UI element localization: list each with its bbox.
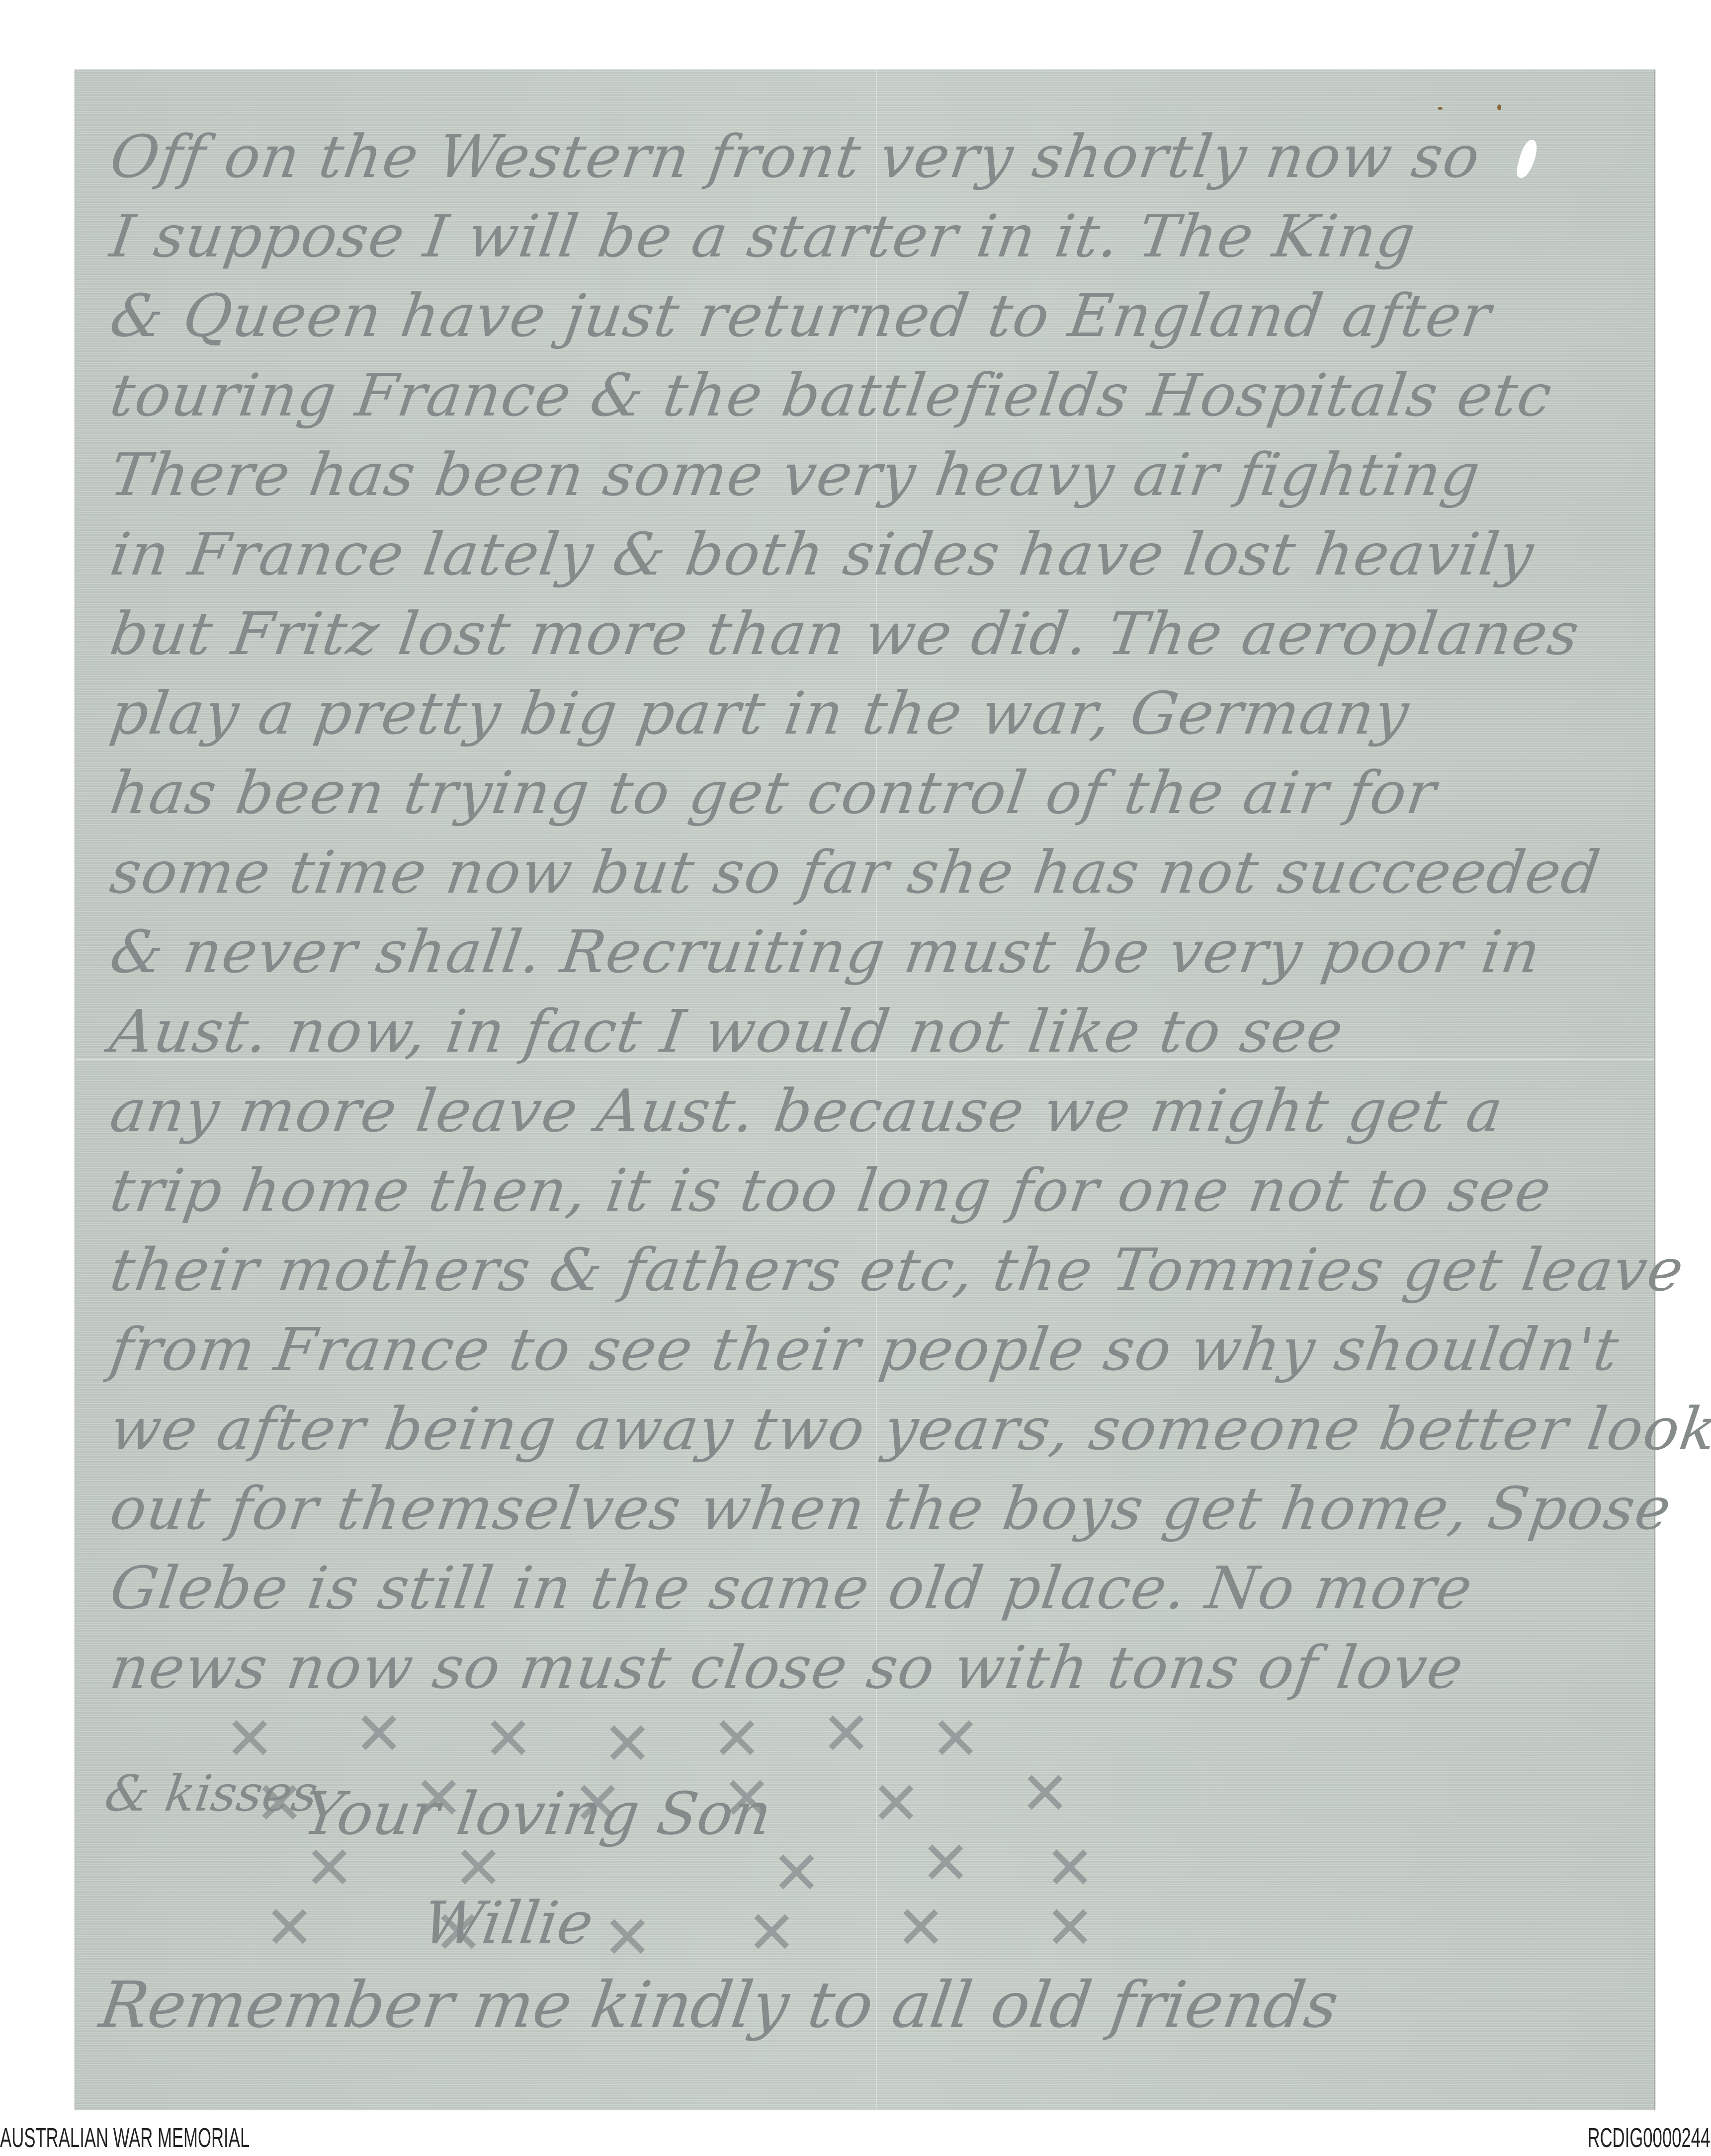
letter-line: out for themselves when the boys get hom… — [105, 1469, 1647, 1548]
letter-line: play a pretty big part in the war, Germa… — [105, 673, 1647, 753]
signoff: Your loving Son — [299, 1779, 775, 1848]
letter-line: & never shall. Recruiting must be very p… — [105, 912, 1647, 992]
letter-line: Aust. now, in fact I would not like to s… — [105, 992, 1647, 1071]
institution-label: AUSTRALIAN WAR MEMORIAL — [0, 2121, 250, 2154]
letter-line: Off on the Western front very shortly no… — [105, 117, 1647, 196]
letter-closing: ✕ ✕ ✕ ✕ ✕ ✕ ✕ ✕ ✕ ✕ ✕ ✕ ✕ ✕ ✕ ✕ ✕ ✕ ✕ ✕ … — [105, 1725, 1636, 2073]
footer: AUSTRALIAN WAR MEMORIAL RCDIG0000244 — [0, 2118, 1711, 2156]
letter-body: Off on the Western front very shortly no… — [105, 117, 1636, 1707]
letter-line: some time now but so far she has not suc… — [105, 832, 1647, 912]
letter-line: but Fritz lost more than we did. The aer… — [105, 594, 1647, 673]
letter-page: Off on the Western front very shortly no… — [75, 70, 1655, 2110]
letter-line: in France lately & both sides have lost … — [105, 514, 1647, 594]
letter-line: news now so must close so with tons of l… — [105, 1628, 1647, 1707]
letter-line: Glebe is still in the same old place. No… — [105, 1548, 1647, 1628]
letter-line: touring France & the battlefields Hospit… — [105, 355, 1647, 435]
postscript: Remember me kindly to all old friends — [95, 1968, 1343, 2042]
letter-line: their mothers & fathers etc, the Tommies… — [105, 1230, 1647, 1310]
letter-line: & Queen have just returned to England af… — [105, 276, 1647, 355]
letter-line: from France to see their people so why s… — [105, 1310, 1647, 1389]
letter-line: trip home then, it is too long for one n… — [105, 1151, 1647, 1230]
letter-line: any more leave Aust. because we might ge… — [105, 1071, 1647, 1151]
rust-spot — [1438, 107, 1443, 110]
kiss-marks: ✕ ✕ ✕ ✕ ✕ ✕ ✕ ✕ ✕ ✕ ✕ ✕ ✕ ✕ ✕ ✕ ✕ ✕ ✕ ✕ … — [225, 1710, 1129, 1988]
rust-spot — [1497, 104, 1501, 110]
kisses-label: & kisses — [101, 1764, 322, 1823]
letter-line: has been trying to get control of the ai… — [105, 753, 1647, 832]
letter-line: I suppose I will be a starter in it. The… — [105, 196, 1647, 276]
letter-line: There has been some very heavy air fight… — [105, 435, 1647, 514]
signature: Willie — [419, 1889, 597, 1957]
letter-line: we after being away two years, someone b… — [105, 1389, 1647, 1469]
record-id: RCDIG0000244 — [1587, 2121, 1710, 2154]
